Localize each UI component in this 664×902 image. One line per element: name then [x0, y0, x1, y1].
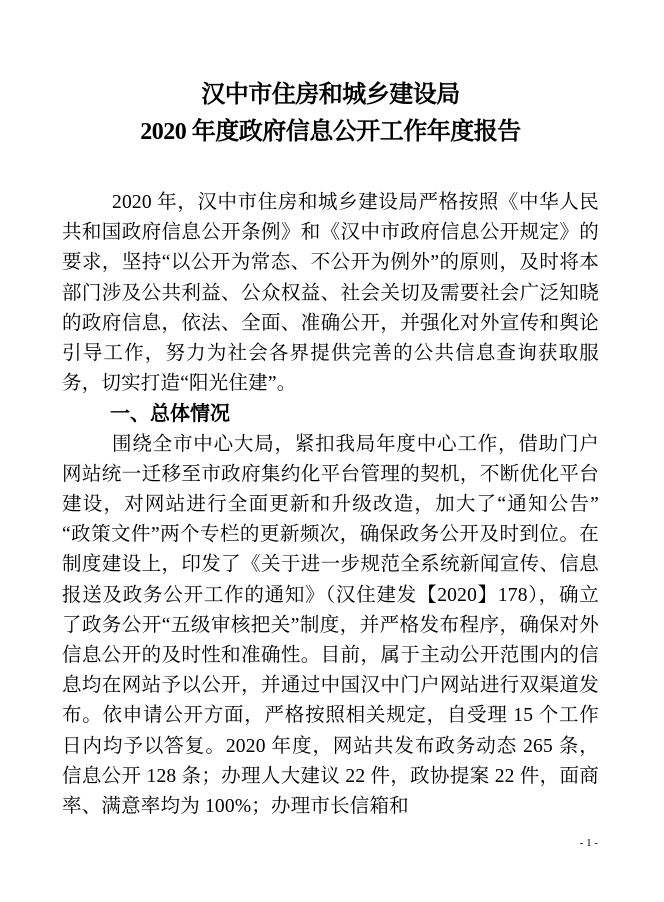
document-content: 汉中市住房和城乡建设局 2020 年度政府信息公开工作年度报告 2020 年，汉…	[62, 77, 599, 822]
section-1-paragraph: 围绕全市中心大局，紧扣我局年度中心工作，借助门户网站统一迁移至市政府集约化平台管…	[62, 430, 599, 823]
document-page: 汉中市住房和城乡建设局 2020 年度政府信息公开工作年度报告 2020 年，汉…	[0, 0, 664, 902]
document-title-line-1: 汉中市住房和城乡建设局	[62, 77, 599, 114]
section-1-heading: 一、总体情况	[62, 399, 599, 429]
document-title-line-2: 2020 年度政府信息公开工作年度报告	[62, 114, 599, 151]
document-title: 汉中市住房和城乡建设局 2020 年度政府信息公开工作年度报告	[62, 77, 599, 151]
page-number: - 1 -	[580, 836, 598, 850]
intro-paragraph: 2020 年，汉中市住房和城乡建设局严格按照《中华人民共和国政府信息公开条例》和…	[62, 188, 599, 399]
